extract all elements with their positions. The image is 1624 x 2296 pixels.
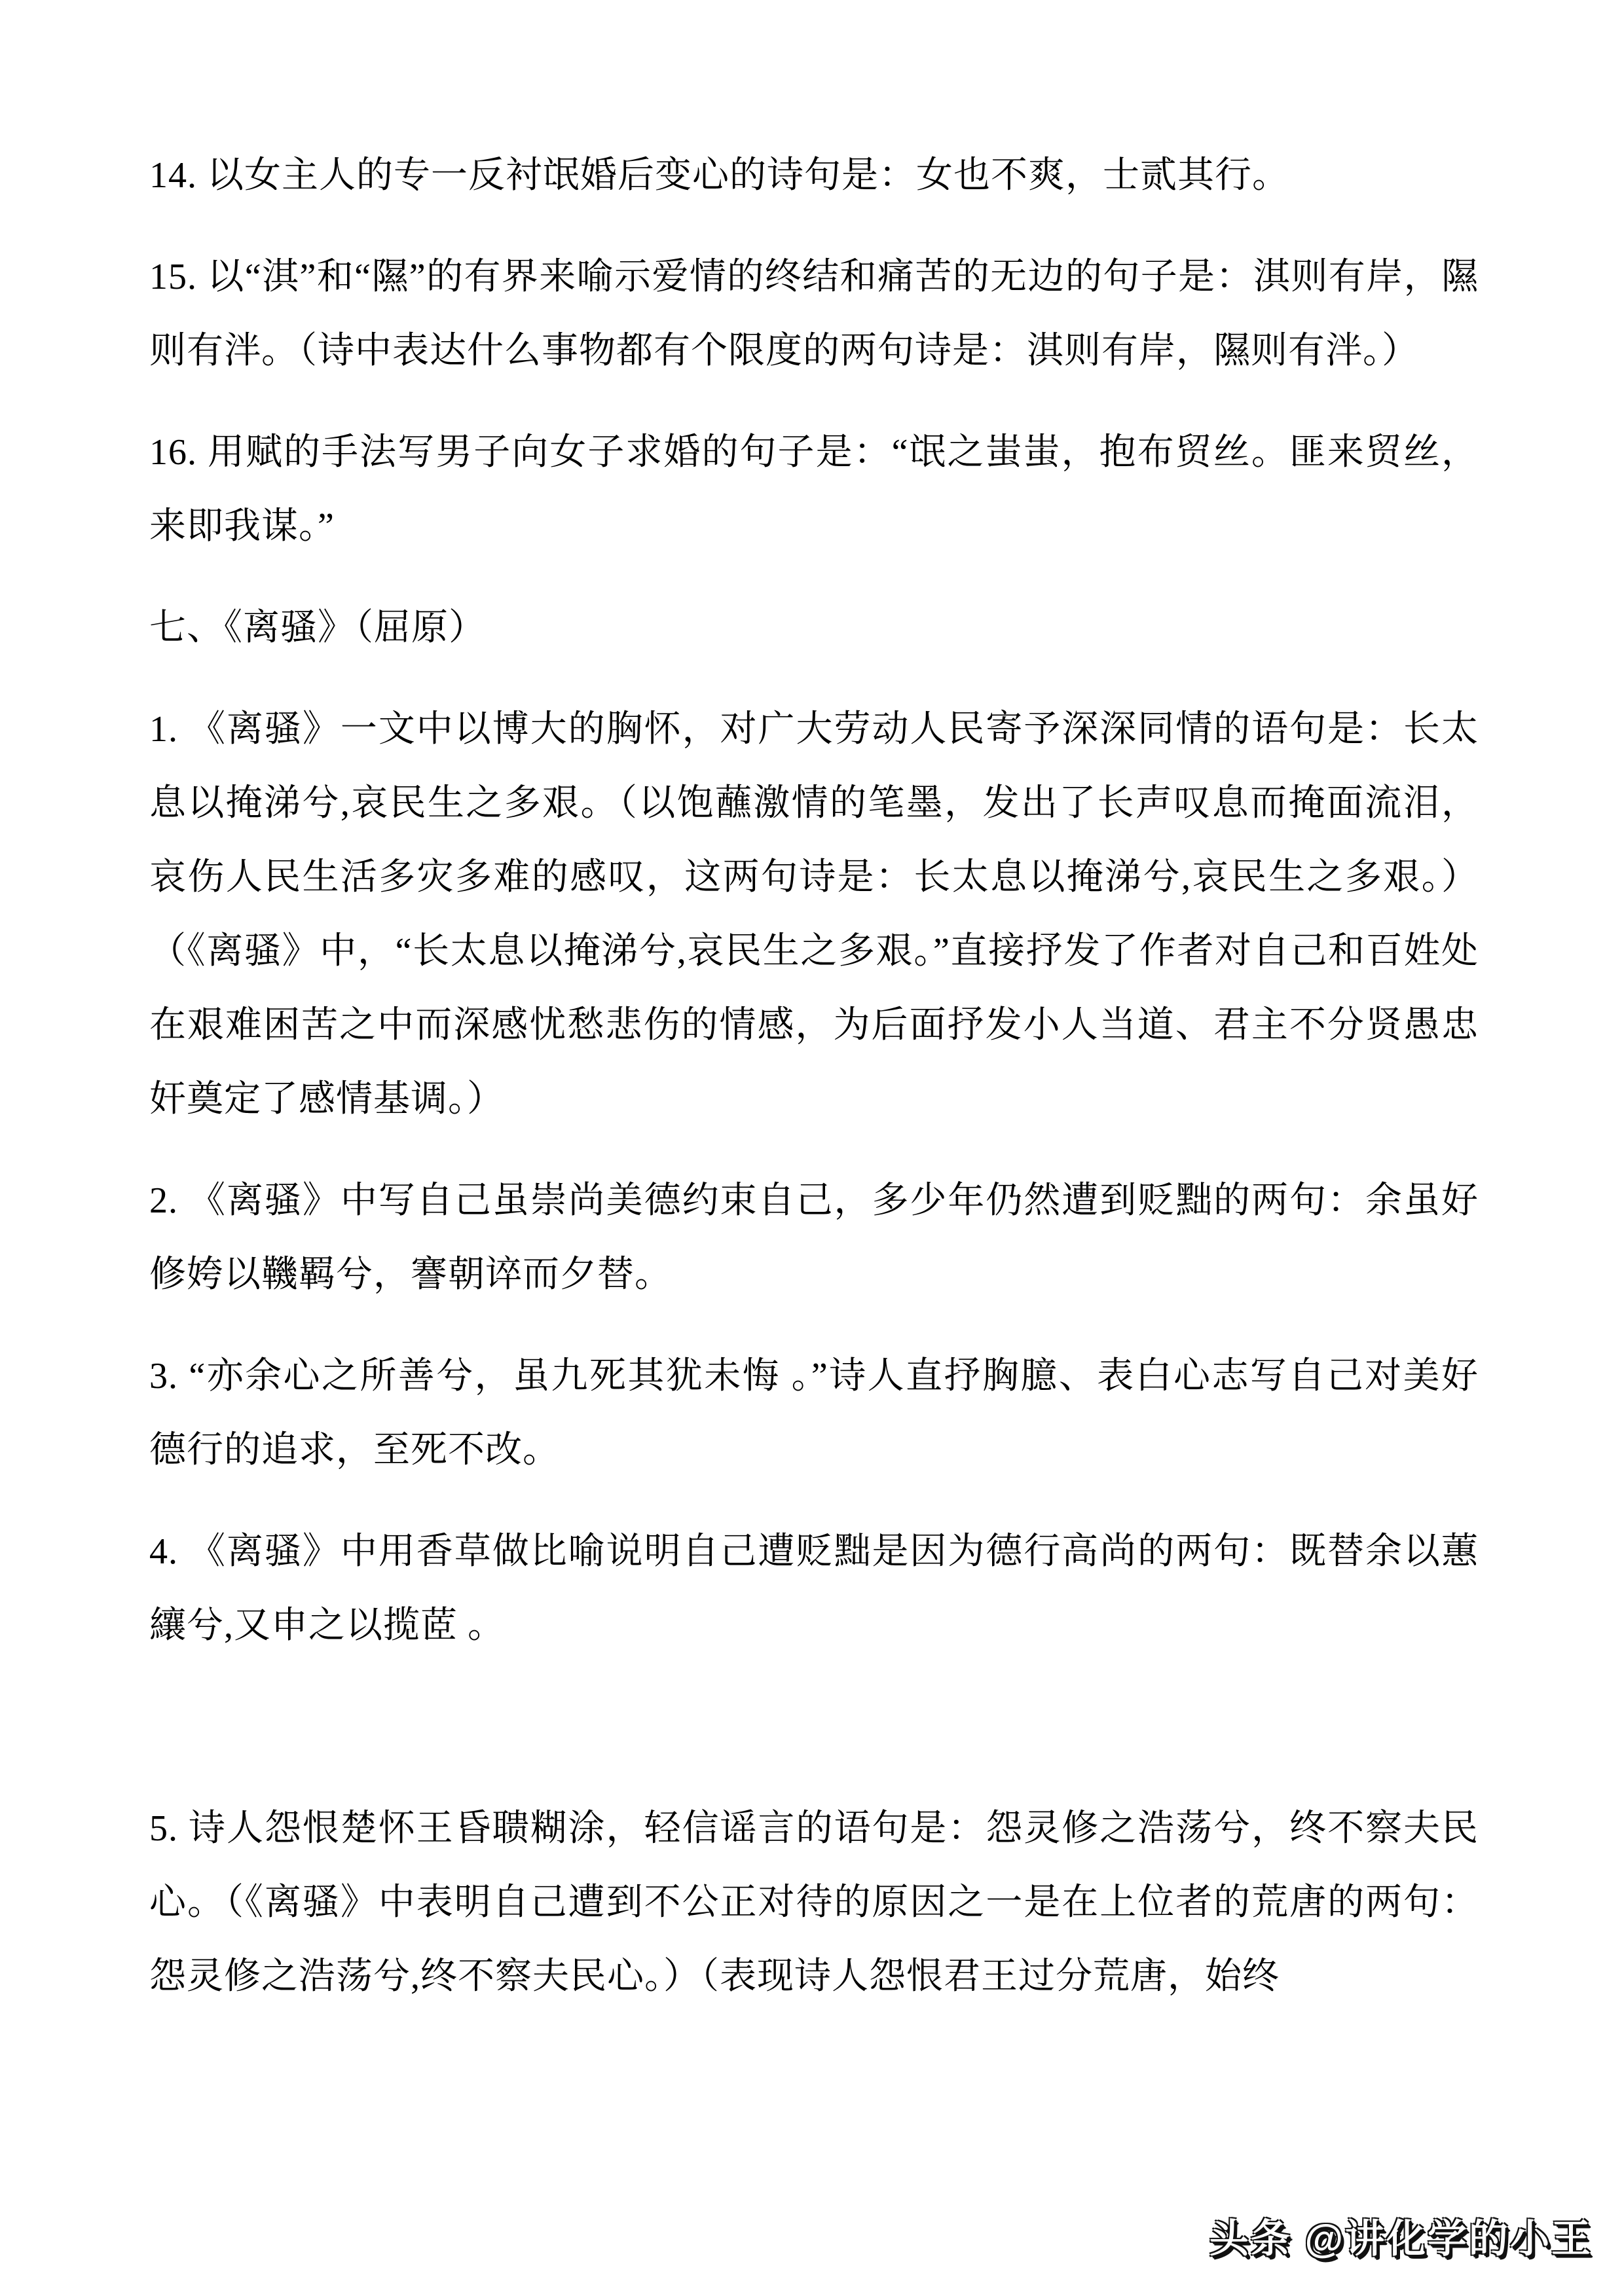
question-item-15: 15. 以“淇”和“隰”的有界来喻示爱情的终结和痛苦的无边的句子是：淇则有岸，隰… [149,240,1479,388]
question-lisao-4: 4. 《离骚》中用香草做比喻说明自己遭贬黜是因为德行高尚的两句：既替余以蕙纕兮,… [149,1515,1479,1663]
question-lisao-2: 2. 《离骚》中写自己虽崇尚美德约束自己，多少年仍然遭到贬黜的两句：余虽好修姱以… [149,1164,1479,1312]
question-lisao-5: 5. 诗人怨恨楚怀王昏聩糊涂，轻信谣言的语句是：怨灵修之浩荡兮，终不察夫民心。（… [149,1792,1479,2014]
document-page: 14. 以女主人的专一反衬氓婚后变心的诗句是：女也不爽，士贰其行。 15. 以“… [0,0,1624,2296]
question-lisao-1: 1. 《离骚》一文中以博大的胸怀，对广大劳动人民寄予深深同情的语句是：长太息以掩… [149,693,1479,1137]
document-body: 14. 以女主人的专一反衬氓婚后变心的诗句是：女也不爽，士贰其行。 15. 以“… [149,139,1479,2041]
toutiao-watermark: 头条 @讲化学的小王 [1209,2208,1593,2264]
section-heading-lisao: 七、《离骚》（屈原） [149,591,1479,665]
question-lisao-3: 3. “亦余心之所善兮，虽九死其犹未悔 。”诗人直抒胸臆、表白心志写自己对美好德… [149,1339,1479,1487]
question-item-14: 14. 以女主人的专一反衬氓婚后变心的诗句是：女也不爽，士贰其行。 [149,139,1479,213]
question-item-16: 16. 用赋的手法写男子向女子求婚的句子是：“氓之蚩蚩，抱布贸丝。匪来贸丝，来即… [149,416,1479,564]
paragraph-gap [149,1690,1479,1792]
